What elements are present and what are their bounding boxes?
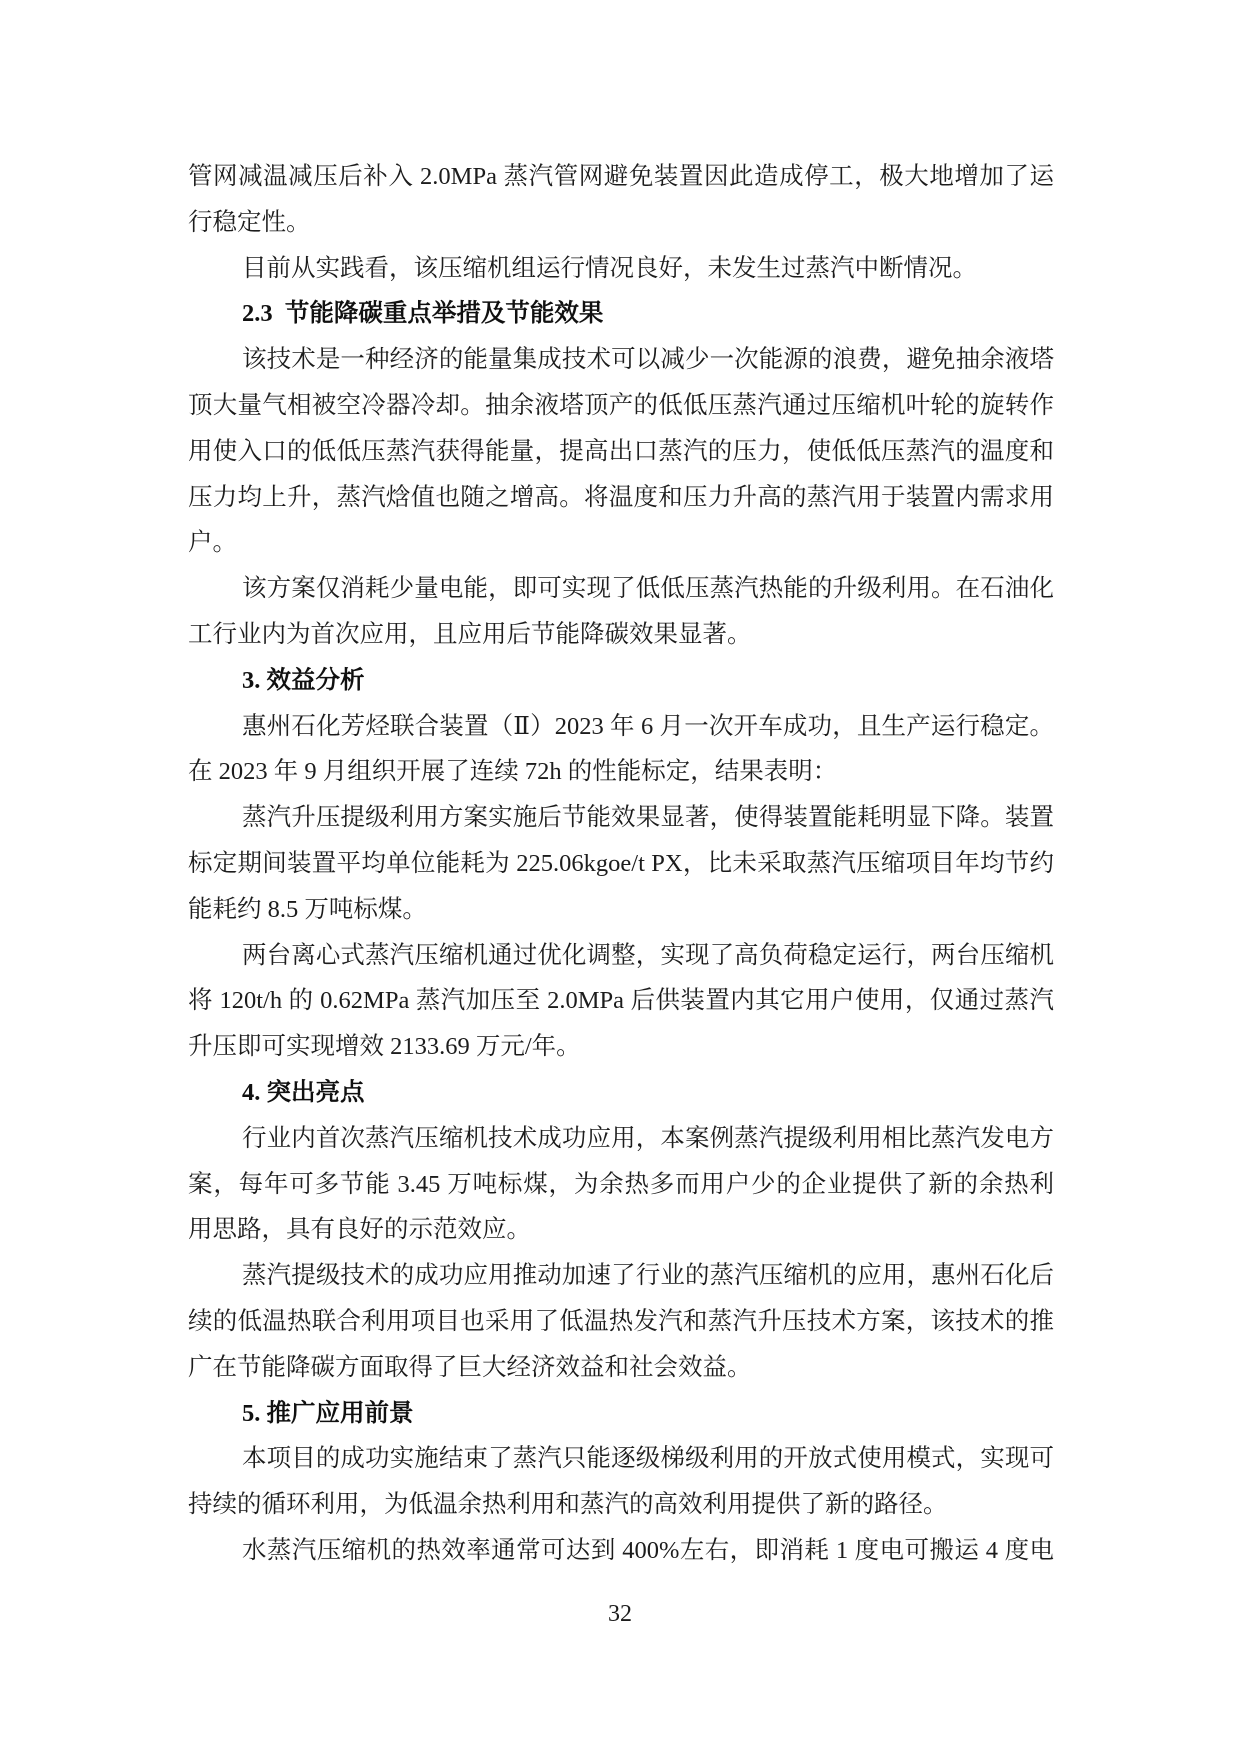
text-line: 能耗约 8.5 万吨标煤。 [188,887,1054,933]
text-line: 压力均上升，蒸汽焓值也随之增高。将温度和压力升高的蒸汽用于装置内需求用 [188,475,1054,521]
section-heading: 5. 推广应用前景 [188,1391,1054,1437]
text-line: 蒸汽提级技术的成功应用推动加速了行业的蒸汽压缩机的应用，惠州石化后 [188,1253,1054,1299]
text-line: 顶大量气相被空冷器冷却。抽余液塔顶产的低低压蒸汽通过压缩机叶轮的旋转作 [188,383,1054,429]
text-line: 水蒸汽压缩机的热效率通常可达到 400%左右，即消耗 1 度电可搬运 4 度电 [188,1528,1054,1574]
text-line: 续的低温热联合利用项目也采用了低温热发汽和蒸汽升压技术方案，该技术的推 [188,1299,1054,1345]
section-heading: 4. 突出亮点 [188,1070,1054,1116]
text-line: 将 120t/h 的 0.62MPa 蒸汽加压至 2.0MPa 后供装置内其它用… [188,978,1054,1024]
text-line: 两台离心式蒸汽压缩机通过优化调整，实现了高负荷稳定运行，两台压缩机 [188,933,1054,979]
text-line: 蒸汽升压提级利用方案实施后节能效果显著，使得装置能耗明显下降。装置 [188,795,1054,841]
text-line: 工行业内为首次应用，且应用后节能降碳效果显著。 [188,612,1054,658]
text-line: 行稳定性。 [188,200,1054,246]
text-line: 该方案仅消耗少量电能，即可实现了低低压蒸汽热能的升级利用。在石油化 [188,566,1054,612]
document-page: 管网减温减压后补入 2.0MPa 蒸汽管网避免装置因此造成停工，极大地增加了运行… [0,0,1240,1753]
section-heading: 2.3 节能降碳重点举措及节能效果 [188,291,1054,337]
text-line: 持续的循环利用，为低温余热利用和蒸汽的高效利用提供了新的路径。 [188,1482,1054,1528]
text-line: 在 2023 年 9 月组织开展了连续 72h 的性能标定，结果表明： [188,749,1054,795]
page-number: 32 [0,1601,1240,1628]
text-line: 广在节能降碳方面取得了巨大经济效益和社会效益。 [188,1345,1054,1391]
text-line: 标定期间装置平均单位能耗为 225.06kgoe/t PX，比未采取蒸汽压缩项目… [188,841,1054,887]
text-line: 管网减温减压后补入 2.0MPa 蒸汽管网避免装置因此造成停工，极大地增加了运 [188,154,1054,200]
text-line: 行业内首次蒸汽压缩机技术成功应用，本案例蒸汽提级利用相比蒸汽发电方 [188,1116,1054,1162]
text-line: 户。 [188,520,1054,566]
text-line: 本项目的成功实施结束了蒸汽只能逐级梯级利用的开放式使用模式，实现可 [188,1436,1054,1482]
document-body: 管网减温减压后补入 2.0MPa 蒸汽管网避免装置因此造成停工，极大地增加了运行… [188,154,1054,1574]
text-line: 该技术是一种经济的能量集成技术可以减少一次能源的浪费，避免抽余液塔 [188,337,1054,383]
text-line: 升压即可实现增效 2133.69 万元/年。 [188,1024,1054,1070]
text-line: 用使入口的低低压蒸汽获得能量，提高出口蒸汽的压力，使低低压蒸汽的温度和 [188,429,1054,475]
text-line: 用思路，具有良好的示范效应。 [188,1207,1054,1253]
text-line: 惠州石化芳烃联合装置（Ⅱ）2023 年 6 月一次开车成功，且生产运行稳定。 [188,704,1054,750]
text-line: 案，每年可多节能 3.45 万吨标煤，为余热多而用户少的企业提供了新的余热利 [188,1162,1054,1208]
text-line: 目前从实践看，该压缩机组运行情况良好，未发生过蒸汽中断情况。 [188,246,1054,292]
section-heading: 3. 效益分析 [188,658,1054,704]
